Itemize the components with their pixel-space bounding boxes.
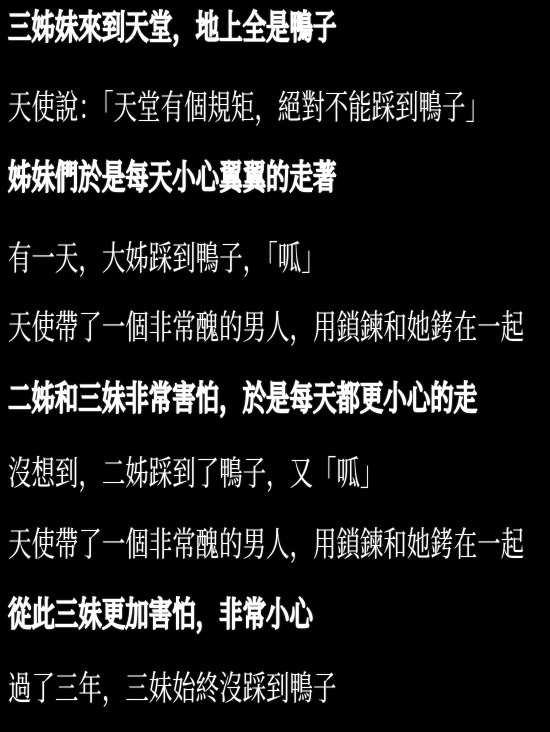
story-line: 二姊和三妹非常害怕，於是每天都更小心的走 [8, 379, 477, 419]
story-line: 有一天，大姊踩到鴨子，「呱」 [8, 239, 325, 279]
story-image: 三姊妹來到天堂，地上全是鴨子 天使說：「天堂有個規矩，絕對不能踩到鴨子」 姊妹們… [0, 0, 550, 732]
story-line: 沒想到，二姊踩到了鴨子，又「呱」 [8, 454, 383, 494]
story-line: 姊妹們於是每天小心翼翼的走著 [8, 158, 336, 198]
story-line: 天使帶了一個非常醜的男人，用鎖鍊和她銬在一起 [8, 308, 524, 348]
story-line: 天使說：「天堂有個規矩，絕對不能踩到鴨子」 [8, 88, 489, 128]
story-line: 從此三妹更加害怕，非常小心 [8, 595, 313, 635]
story-line: 過了三年，三妹始終沒踩到鴨子 [8, 669, 336, 709]
story-line: 天使帶了一個非常醜的男人，用鎖鍊和她銬在一起 [8, 525, 524, 565]
story-line: 三姊妹來到天堂，地上全是鴨子 [8, 8, 336, 48]
